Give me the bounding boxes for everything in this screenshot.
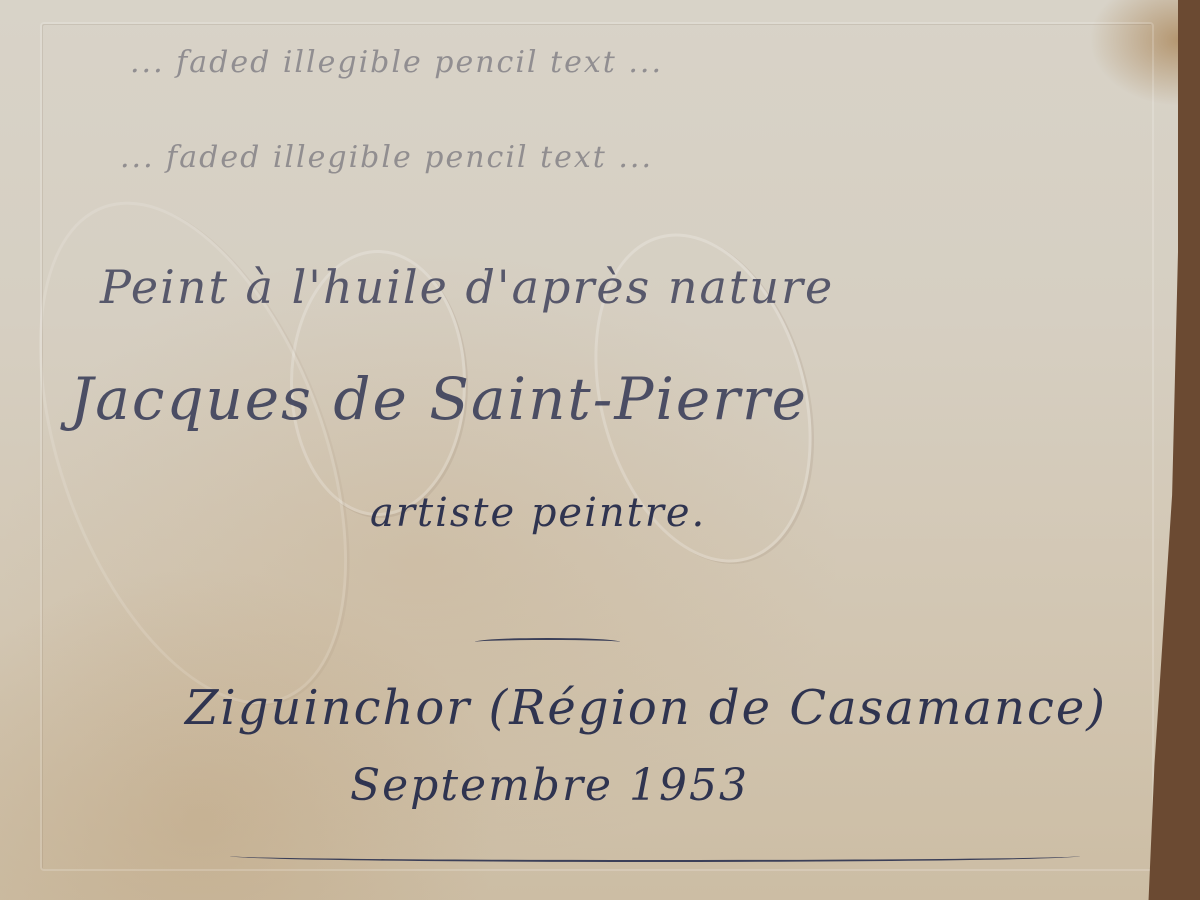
date-line: Septembre 1953 (350, 760, 749, 811)
underline-stroke (230, 850, 1080, 862)
technique-line: Peint à l'huile d'après nature (100, 260, 834, 314)
faded-top-line-2: ... faded illegible pencil text ... (120, 140, 653, 175)
artist-role: artiste peintre. (370, 490, 706, 536)
aged-paper-sheet: ... faded illegible pencil text ... ... … (0, 0, 1178, 900)
faded-top-line-1: ... faded illegible pencil text ... (130, 45, 663, 80)
flourish-divider (475, 638, 620, 646)
place-line: Ziguinchor (Région de Casamance) (185, 680, 1107, 736)
artist-name: Jacques de Saint-Pierre (70, 365, 808, 433)
